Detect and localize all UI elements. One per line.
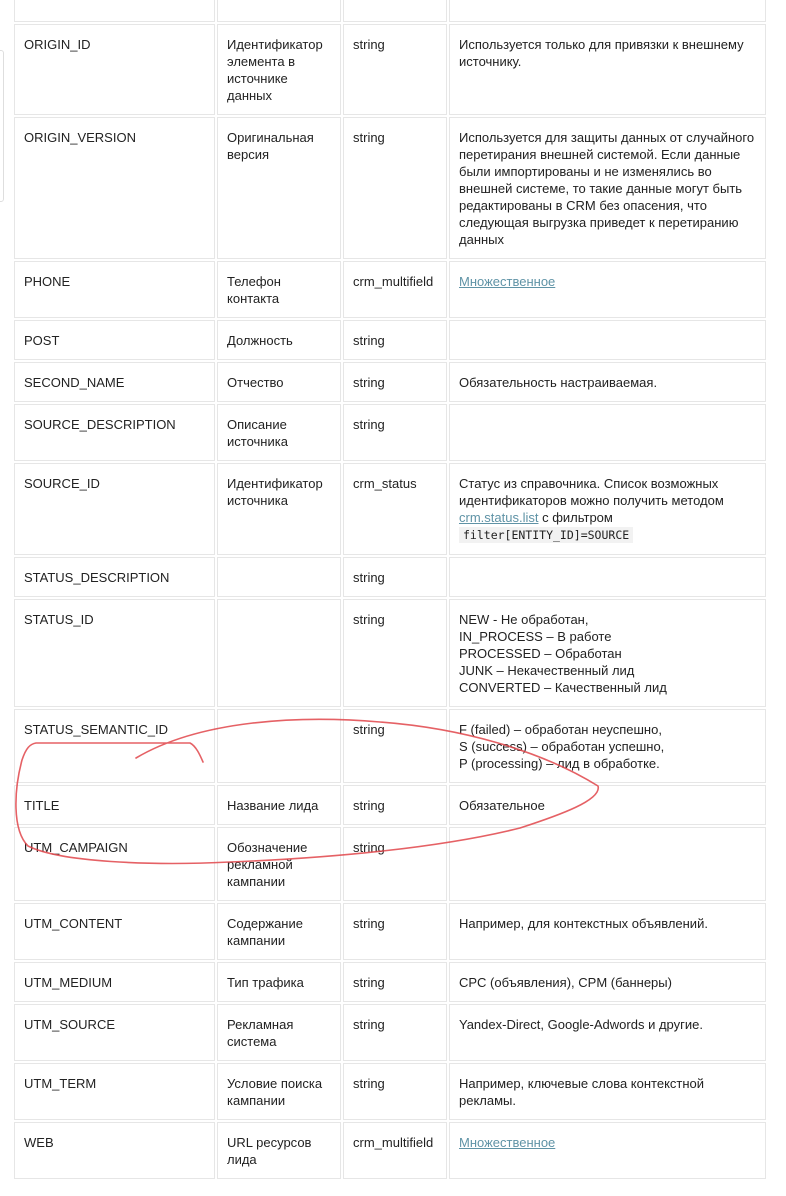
- field-description-cell: [449, 404, 766, 461]
- field-description-cell: F (failed) – обработан неуспешно,S (succ…: [449, 709, 766, 783]
- multiple-link[interactable]: Множественное: [459, 274, 555, 289]
- field-title-cell: Тип трафика: [217, 962, 341, 1002]
- field-title-cell: Обозначение рекламной кампании: [217, 827, 341, 901]
- table-body: источника данныхисточнику.ORIGIN_IDИдент…: [14, 0, 766, 1179]
- field-title-cell: Должность: [217, 320, 341, 360]
- field-description-cell: Множественное: [449, 261, 766, 318]
- field-code-cell: [14, 0, 215, 22]
- field-type-cell: string: [343, 362, 447, 402]
- side-panel-edge: [0, 50, 4, 202]
- field-description-cell: [449, 557, 766, 597]
- field-title-cell: [217, 599, 341, 707]
- description-line: F (failed) – обработан неуспешно,: [459, 721, 756, 738]
- field-type-cell: string: [343, 404, 447, 461]
- description-line: NEW - Не обработан,: [459, 611, 756, 628]
- table-row: TITLEНазвание лидаstringОбязательное: [14, 785, 766, 825]
- field-type-cell: string: [343, 24, 447, 115]
- field-code-cell: SOURCE_DESCRIPTION: [14, 404, 215, 461]
- field-type-cell: string: [343, 785, 447, 825]
- field-code-cell: UTM_MEDIUM: [14, 962, 215, 1002]
- field-type-cell: string: [343, 117, 447, 259]
- field-description-cell: Статус из справочника. Список возможных …: [449, 463, 766, 555]
- description-line: JUNK – Некачественный лид: [459, 662, 756, 679]
- field-title-cell: Содержание кампании: [217, 903, 341, 960]
- table-row: SOURCE_IDИдентификатор источникаcrm_stat…: [14, 463, 766, 555]
- table-row: STATUS_SEMANTIC_IDstringF (failed) – обр…: [14, 709, 766, 783]
- description-line: PROCESSED – Обработан: [459, 645, 756, 662]
- field-description-cell: источнику.: [449, 0, 766, 22]
- table-row: UTM_CAMPAIGNОбозначение рекламной кампан…: [14, 827, 766, 901]
- field-code-cell: POST: [14, 320, 215, 360]
- field-type-cell: [343, 0, 447, 22]
- field-type-cell: string: [343, 599, 447, 707]
- field-type-cell: string: [343, 709, 447, 783]
- description-text: с фильтром: [538, 510, 612, 525]
- description-text: Например, ключевые слова контекстной рек…: [459, 1076, 704, 1108]
- field-title-cell: Телефон контакта: [217, 261, 341, 318]
- description-text: Статус из справочника. Список возможных …: [459, 476, 724, 508]
- field-type-cell: crm_status: [343, 463, 447, 555]
- field-code-cell: ORIGIN_VERSION: [14, 117, 215, 259]
- table-row: SOURCE_DESCRIPTIONОписание источникаstri…: [14, 404, 766, 461]
- field-title-cell: Название лида: [217, 785, 341, 825]
- field-title-cell: Идентификатор источника: [217, 463, 341, 555]
- field-type-cell: string: [343, 962, 447, 1002]
- field-title-cell: Отчество: [217, 362, 341, 402]
- description-text: CPC (объявления), CPM (баннеры): [459, 975, 672, 990]
- field-title-cell: Идентификатор элемента в источнике данны…: [217, 24, 341, 115]
- field-code-cell: UTM_TERM: [14, 1063, 215, 1120]
- field-description-cell: Используется для защиты данных от случай…: [449, 117, 766, 259]
- filter-code: filter[ENTITY_ID]=SOURCE: [459, 527, 633, 543]
- field-title-cell: Описание источника: [217, 404, 341, 461]
- field-description-cell: Множественное: [449, 1122, 766, 1179]
- field-description-cell: Например, для контекстных объявлений.: [449, 903, 766, 960]
- description-text: Используется для защиты данных от случай…: [459, 130, 754, 247]
- description-text: Обязательное: [459, 798, 545, 813]
- table-row: SECOND_NAMEОтчествоstringОбязательность …: [14, 362, 766, 402]
- field-title-cell: Рекламная система: [217, 1004, 341, 1061]
- field-description-cell: Обязательное: [449, 785, 766, 825]
- description-text: Используется только для привязки к внешн…: [459, 37, 744, 69]
- field-type-cell: string: [343, 903, 447, 960]
- description-text: Yandex-Direct, Google-Adwords и другие.: [459, 1017, 703, 1032]
- field-description-cell: [449, 827, 766, 901]
- field-code-cell: SOURCE_ID: [14, 463, 215, 555]
- field-title-cell: [217, 557, 341, 597]
- table-row: ORIGIN_IDИдентификатор элемента в источн…: [14, 24, 766, 115]
- field-title-cell: источника данных: [217, 0, 341, 22]
- field-type-cell: crm_multifield: [343, 261, 447, 318]
- field-code-cell: STATUS_DESCRIPTION: [14, 557, 215, 597]
- field-title-cell: Условие поиска кампании: [217, 1063, 341, 1120]
- lead-fields-table: источника данныхисточнику.ORIGIN_IDИдент…: [12, 0, 768, 1181]
- field-code-cell: UTM_CONTENT: [14, 903, 215, 960]
- description-text: Обязательность настраиваемая.: [459, 375, 657, 390]
- description-line: CONVERTED – Качественный лид: [459, 679, 756, 696]
- table-row: PHONEТелефон контактаcrm_multifieldМноже…: [14, 261, 766, 318]
- table-row: источника данныхисточнику.: [14, 0, 766, 22]
- table-row: UTM_CONTENTСодержание кампанииstringНапр…: [14, 903, 766, 960]
- field-type-cell: crm_multifield: [343, 1122, 447, 1179]
- multiple-link[interactable]: Множественное: [459, 1135, 555, 1150]
- field-code-cell: UTM_SOURCE: [14, 1004, 215, 1061]
- field-type-cell: string: [343, 827, 447, 901]
- field-description-cell: Обязательность настраиваемая.: [449, 362, 766, 402]
- field-title-cell: Оригинальная версия: [217, 117, 341, 259]
- field-code-cell: ORIGIN_ID: [14, 24, 215, 115]
- field-description-cell: Например, ключевые слова контекстной рек…: [449, 1063, 766, 1120]
- crm-status-list-link[interactable]: crm.status.list: [459, 510, 538, 525]
- field-type-cell: string: [343, 1063, 447, 1120]
- field-description-cell: Yandex-Direct, Google-Adwords и другие.: [449, 1004, 766, 1061]
- table-row: UTM_TERMУсловие поиска кампанииstringНап…: [14, 1063, 766, 1120]
- field-type-cell: string: [343, 1004, 447, 1061]
- field-description-cell: [449, 320, 766, 360]
- field-code-cell: WEB: [14, 1122, 215, 1179]
- field-code-cell: TITLE: [14, 785, 215, 825]
- field-type-cell: string: [343, 557, 447, 597]
- field-code-cell: SECOND_NAME: [14, 362, 215, 402]
- table-row: STATUS_DESCRIPTIONstring: [14, 557, 766, 597]
- field-type-cell: string: [343, 320, 447, 360]
- description-text: Например, для контекстных объявлений.: [459, 916, 708, 931]
- field-code-cell: STATUS_SEMANTIC_ID: [14, 709, 215, 783]
- table-row: UTM_MEDIUMТип трафикаstringCPC (объявлен…: [14, 962, 766, 1002]
- description-line: IN_PROCESS – В работе: [459, 628, 756, 645]
- table-row: ORIGIN_VERSIONОригинальная версияstringИ…: [14, 117, 766, 259]
- fields-table-container: источника данныхисточнику.ORIGIN_IDИдент…: [12, 0, 768, 1181]
- table-row: UTM_SOURCEРекламная системаstringYandex-…: [14, 1004, 766, 1061]
- field-code-cell: STATUS_ID: [14, 599, 215, 707]
- field-code-cell: UTM_CAMPAIGN: [14, 827, 215, 901]
- table-row: WEBURL ресурсов лидаcrm_multifieldМножес…: [14, 1122, 766, 1179]
- field-code-cell: PHONE: [14, 261, 215, 318]
- field-description-cell: Используется только для привязки к внешн…: [449, 24, 766, 115]
- table-row: POSTДолжностьstring: [14, 320, 766, 360]
- description-line: S (success) – обработан успешно,: [459, 738, 756, 755]
- field-title-cell: [217, 709, 341, 783]
- field-description-cell: CPC (объявления), CPM (баннеры): [449, 962, 766, 1002]
- table-row: STATUS_IDstringNEW - Не обработан,IN_PRO…: [14, 599, 766, 707]
- description-line: P (processing) – лид в обработке.: [459, 755, 756, 772]
- field-title-cell: URL ресурсов лида: [217, 1122, 341, 1179]
- field-description-cell: NEW - Не обработан,IN_PROCESS – В работе…: [449, 599, 766, 707]
